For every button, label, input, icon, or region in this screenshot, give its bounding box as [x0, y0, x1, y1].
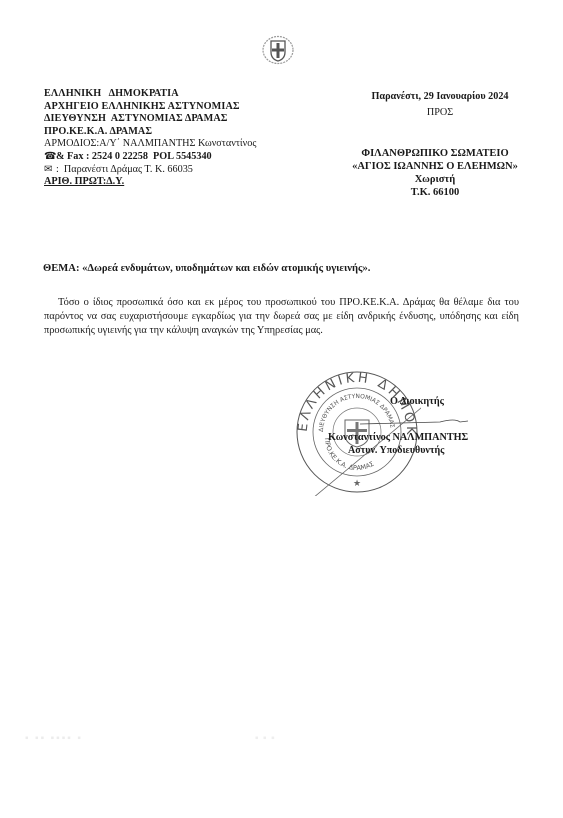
bleed-through-marks: ▪ ▪▪ ▪▪▪▪ ▪: [25, 733, 83, 744]
svg-text:★: ★: [353, 478, 361, 488]
sender-line-1: ΕΛΛΗΝΙΚΗ ΔΗΜΟΚΡΑΤΙΑ: [44, 88, 256, 101]
bleed-through-marks-2: ▪ ▪ ▪: [255, 733, 276, 744]
sender-line-3: ΔΙΕΥΘΥΝΣΗ ΑΣΤΥΝΟΜΙΑΣ ΔΡΑΜΑΣ: [44, 113, 256, 126]
signatory-title: Ο Διοικητής: [390, 396, 444, 407]
address-text: : Παρανέστι Δράμας Τ. Κ. 66035: [56, 164, 193, 175]
date-block: Παρανέστι, 29 Ιανουαρίου 2024 ΠΡΟΣ: [345, 91, 535, 118]
signatory-rank: Αστυν. Υποδιευθυντής: [348, 445, 444, 456]
signatory-name: Κωνσταντίνος ΝΑΛΜΠΑΝΤΗΣ: [328, 432, 468, 443]
protocol-number: ΑΡΙΘ. ΠΡΩΤ:Δ.Υ.: [44, 176, 256, 189]
subject-line: ΘΕΜΑ: «Δωρεά ενδυμάτων, υποδημάτων και ε…: [43, 263, 370, 274]
recipient-line-2: «ΑΓΙΟΣ ΙΩΑΝΝΗΣ Ο ΕΛΕΗΜΩΝ»: [330, 160, 540, 173]
address-line: ✉: Παρανέστι Δράμας Τ. Κ. 66035: [44, 164, 256, 177]
greek-coat-of-arms-icon: [261, 35, 295, 65]
body-text: Τόσο ο ίδιος προσωπικά όσο και εκ μέρος …: [44, 296, 519, 339]
to-label: ΠΡΟΣ: [345, 107, 535, 118]
sender-line-4: ΠΡΟ.ΚΕ.Κ.Α. ΔΡΑΜΑΣ: [44, 126, 256, 139]
recipient-block: ΦΙΛΑΝΘΡΩΠΙΚΟ ΣΩΜΑΤΕΙΟ «ΑΓΙΟΣ ΙΩΑΝΝΗΣ Ο Ε…: [330, 147, 540, 199]
body-paragraph: Τόσο ο ίδιος προσωπικά όσο και εκ μέρος …: [44, 296, 519, 339]
phone-line: ☎& Fax : 2524 0 22258 POL 5545340: [44, 151, 256, 164]
recipient-line-3: Χωριστή: [330, 173, 540, 186]
phone-text: & Fax : 2524 0 22258 POL 5545340: [56, 151, 212, 162]
phone-icon: ☎: [44, 151, 56, 164]
sender-block: ΕΛΛΗΝΙΚΗ ΔΗΜΟΚΡΑΤΙΑ ΑΡΧΗΓΕΙΟ ΕΛΛΗΝΙΚΗΣ Α…: [44, 88, 256, 189]
recipient-line-1: ΦΙΛΑΝΘΡΩΠΙΚΟ ΣΩΜΑΤΕΙΟ: [330, 147, 540, 160]
responsible-officer: ΑΡΜΟΔΙΟΣ:Α/Υ΄ ΝΑΛΜΠΑΝΤΗΣ Κωνσταντίνος: [44, 138, 256, 151]
recipient-line-4: Τ.Κ. 66100: [330, 186, 540, 199]
document-date: Παρανέστι, 29 Ιανουαρίου 2024: [345, 91, 535, 103]
sender-line-2: ΑΡΧΗΓΕΙΟ ΕΛΛΗΝΙΚΗΣ ΑΣΤΥΝΟΜΙΑΣ: [44, 101, 256, 114]
mail-icon: ✉: [44, 164, 56, 177]
signature-scribble-icon: [360, 418, 470, 428]
